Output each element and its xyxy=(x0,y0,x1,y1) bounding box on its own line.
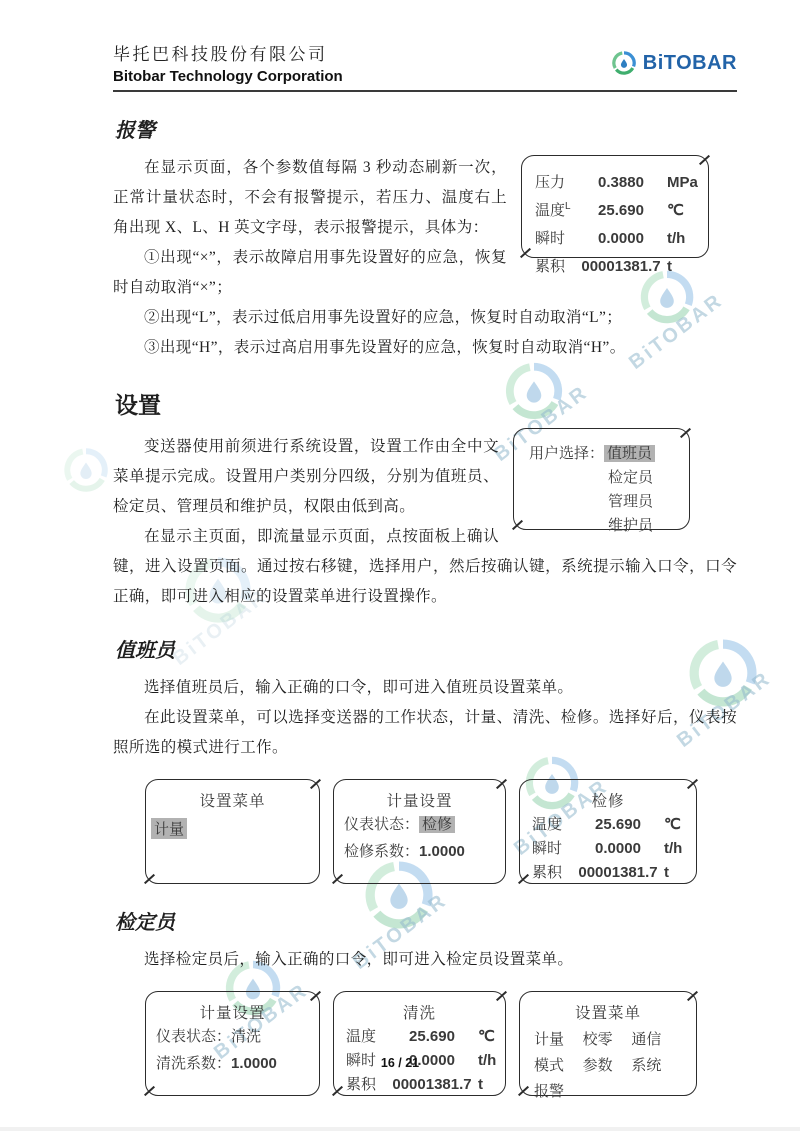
state-value: 检修 xyxy=(419,816,455,833)
alarm-item-3: ③出现“H”，表示过高启用事先设置好的应急，恢复时自动取消“H”。 xyxy=(113,333,737,363)
user-select-option: 维护员 xyxy=(608,514,689,538)
company-block: 毕托巴科技股份有限公司 Bitobar Technology Corporati… xyxy=(113,40,343,85)
screen-row: 累积 00001381.7 t xyxy=(346,1073,505,1097)
metering-setup-screen: 计量设置 仪表状态：检修 检修系数：1.0000 xyxy=(333,779,506,884)
row-label: 温度L xyxy=(535,195,579,223)
row-label: 累积 xyxy=(346,1073,390,1097)
menu-item: 校零 xyxy=(583,1027,632,1053)
screen-row: 瞬时 0.0000 t/h xyxy=(532,837,696,861)
screen-title: 设置菜单 xyxy=(520,1001,696,1023)
section-verifier-heading: 检定员 xyxy=(115,906,737,935)
menu-item: 通信 xyxy=(631,1027,680,1053)
operator-paragraph-1: 选择值班员后，输入正确的口令，即可进入值班员设置菜单。 xyxy=(113,673,737,703)
alarm-item-2: ②出现“L”，表示过低启用事先设置好的应急，恢复时自动取消“L”； xyxy=(113,303,737,333)
row-unit: ℃ xyxy=(478,1025,495,1049)
screen-row: 累积 00001381.7 t xyxy=(532,861,696,885)
section-alarm-heading: 报警 xyxy=(115,114,737,143)
coef-value: 1.0000 xyxy=(419,843,465,860)
screen-row: 温度 25.690 ℃ xyxy=(532,813,696,837)
screen-title: 计量设置 xyxy=(334,789,505,811)
state-label: 仪表状态： xyxy=(344,816,419,833)
alarm-display-screen: 压力 0.3880 MPa 温度L 25.690 ℃ 瞬时 0.0000 t/h… xyxy=(521,155,709,258)
screen-title: 设置菜单 xyxy=(146,789,319,811)
company-name-en: Bitobar Technology Corporation xyxy=(113,68,343,85)
row-unit: t/h xyxy=(667,227,685,251)
row-value: 00001381.7 xyxy=(390,1073,474,1097)
user-select-screen: 用户选择：值班员 检定员 管理员 维护员 xyxy=(513,428,690,530)
menu-item: 计量 xyxy=(534,1027,583,1053)
screen-title: 计量设置 xyxy=(146,1001,319,1023)
section-operator-heading: 值班员 xyxy=(115,634,737,663)
section-settings-heading: 设置 xyxy=(115,387,737,420)
cleaning-display-screen: 清洗 温度 25.690 ℃ 瞬时 0.0000 t/h 累积 00001381… xyxy=(333,991,506,1096)
row-unit: t xyxy=(667,255,672,279)
coef-label: 检修系数： xyxy=(344,843,419,860)
row-unit: MPa xyxy=(667,171,698,195)
row-unit: t xyxy=(664,861,669,885)
row-label: 温度 xyxy=(532,813,576,837)
page-header: 毕托巴科技股份有限公司 Bitobar Technology Corporati… xyxy=(113,40,737,85)
brand-logo: BiTOBAR xyxy=(611,50,737,76)
screen-row: 温度 25.690 ℃ xyxy=(346,1025,505,1049)
verifier-paragraph-1: 选择检定员后，输入正确的口令，即可进入检定员设置菜单。 xyxy=(113,945,737,975)
row-unit: t/h xyxy=(664,837,682,861)
company-name-cn: 毕托巴科技股份有限公司 xyxy=(113,40,343,65)
row-value: 0.3880 xyxy=(579,171,663,195)
row-label: 压力 xyxy=(535,167,579,195)
row-label: 累积 xyxy=(532,861,576,885)
verifier-screens-row: 计量设置 仪表状态：清洗 清洗系数：1.0000 清洗 温度 25.690 ℃ … xyxy=(145,991,737,1096)
row-label: 瞬时 xyxy=(535,223,579,251)
row-unit: ℃ xyxy=(667,199,684,223)
row-value: 0.0000 xyxy=(579,227,663,251)
setup-menu-screen: 设置菜单 计量 xyxy=(145,779,320,884)
row-label: 瞬时 xyxy=(532,837,576,861)
operator-screens-row: 设置菜单 计量 计量设置 仪表状态：检修 检修系数：1.0000 检修 温度 2… xyxy=(145,779,737,884)
screen-row: 压力 0.3880 MPa xyxy=(535,167,708,195)
selected-menu-item: 计量 xyxy=(151,818,187,839)
operator-paragraph-2: 在此设置菜单，可以选择变送器的工作状态，计量、清洗、检修。选择好后，仪表按照所选… xyxy=(113,703,737,763)
row-value: 00001381.7 xyxy=(576,861,660,885)
instrument-state-row: 仪表状态：检修 xyxy=(334,811,505,838)
screen-row: 瞬时 0.0000 t/h xyxy=(535,223,708,251)
state-label: 仪表状态： xyxy=(156,1028,231,1045)
screen-row: 累积 00001381.7 t xyxy=(535,251,708,279)
instrument-state-row: 仪表状态：清洗 xyxy=(146,1023,319,1050)
manual-page: { "watermark_text": "BiTOBAR", "header":… xyxy=(0,0,800,1131)
page-number: 16 / 21 xyxy=(0,1056,800,1070)
coefficient-row: 检修系数：1.0000 xyxy=(334,838,505,865)
screen-title: 检修 xyxy=(520,789,696,811)
row-value: 25.690 xyxy=(390,1025,474,1049)
user-select-option: 检定员 xyxy=(608,466,689,490)
row-unit: t xyxy=(478,1073,483,1097)
row-label: 温度 xyxy=(346,1025,390,1049)
state-value: 清洗 xyxy=(231,1028,261,1045)
screen-row: 温度L 25.690 ℃ xyxy=(535,195,708,223)
row-value: 25.690 xyxy=(576,813,660,837)
row-value: 0.0000 xyxy=(576,837,660,861)
row-value: 00001381.7 xyxy=(579,255,663,279)
setup-menu-grid-screen: 设置菜单 计量 校零 通信 模式 参数 系统 报警 xyxy=(519,991,697,1096)
overhaul-display-screen: 检修 温度 25.690 ℃ 瞬时 0.0000 t/h 累积 00001381… xyxy=(519,779,697,884)
menu-item: 报警 xyxy=(534,1079,583,1105)
metering-setup-screen: 计量设置 仪表状态：清洗 清洗系数：1.0000 xyxy=(145,991,320,1096)
user-select-row: 用户选择：值班员 xyxy=(529,442,689,466)
row-unit: ℃ xyxy=(664,813,681,837)
row-label: 累积 xyxy=(535,251,579,279)
bitobar-logo-text: BiTOBAR xyxy=(643,52,737,75)
bitobar-logo-icon xyxy=(611,50,637,76)
scan-bottom-edge xyxy=(0,1127,800,1131)
screen-title: 清洗 xyxy=(334,1001,505,1023)
user-select-option: 管理员 xyxy=(608,490,689,514)
row-value: 25.690 xyxy=(579,199,663,223)
user-select-selected: 值班员 xyxy=(604,445,655,462)
user-select-label: 用户选择： xyxy=(529,445,604,462)
header-divider xyxy=(113,90,737,92)
